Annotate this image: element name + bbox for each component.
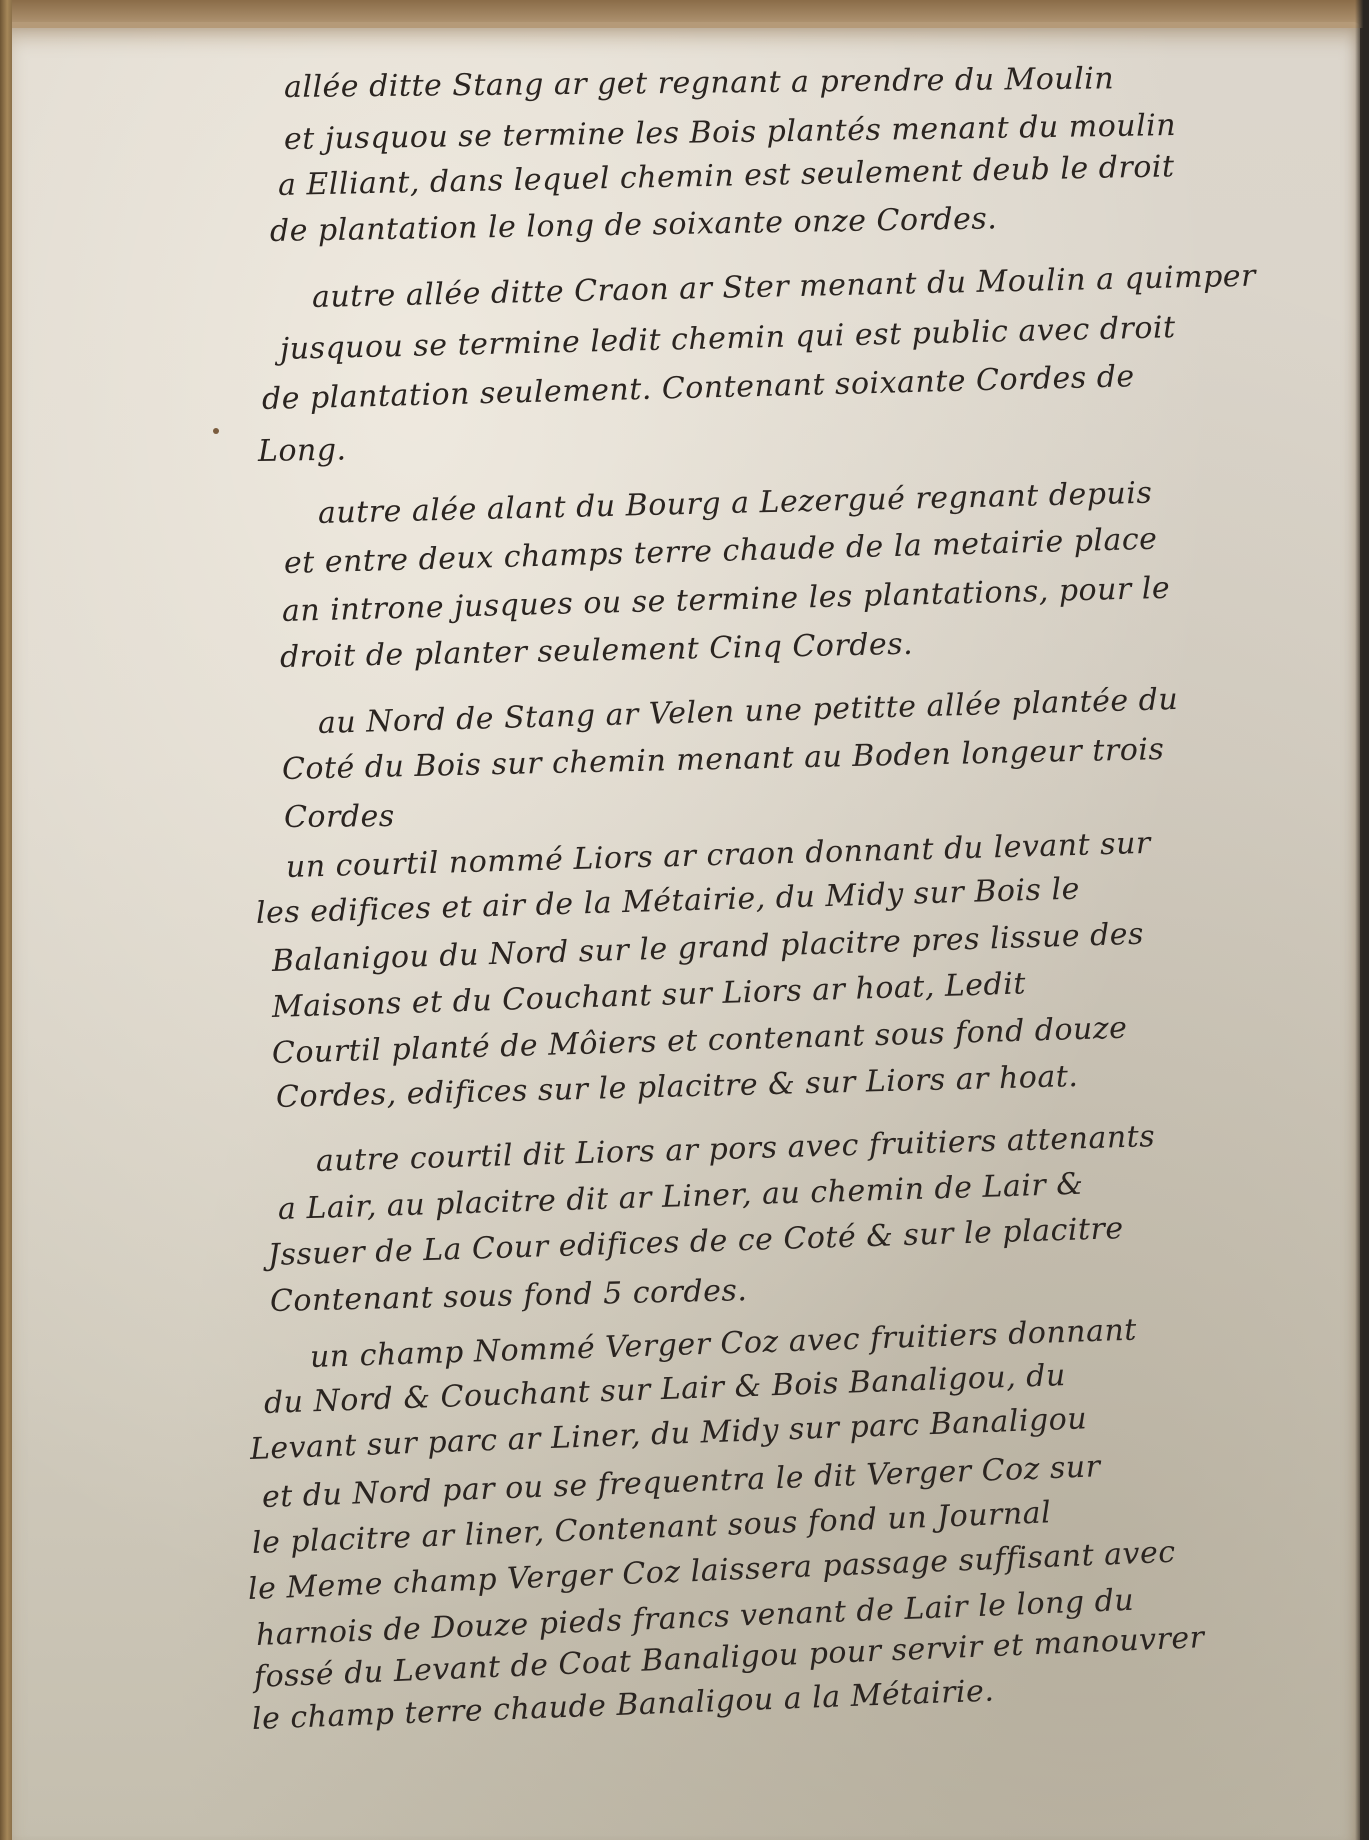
text-line: Long. (258, 432, 347, 469)
ink-spot (213, 428, 219, 434)
bleed-through-text (98, 258, 318, 280)
page-right-edge (1355, 0, 1369, 1840)
binding-edge (0, 0, 12, 1840)
text-line: Cordes (284, 799, 395, 835)
